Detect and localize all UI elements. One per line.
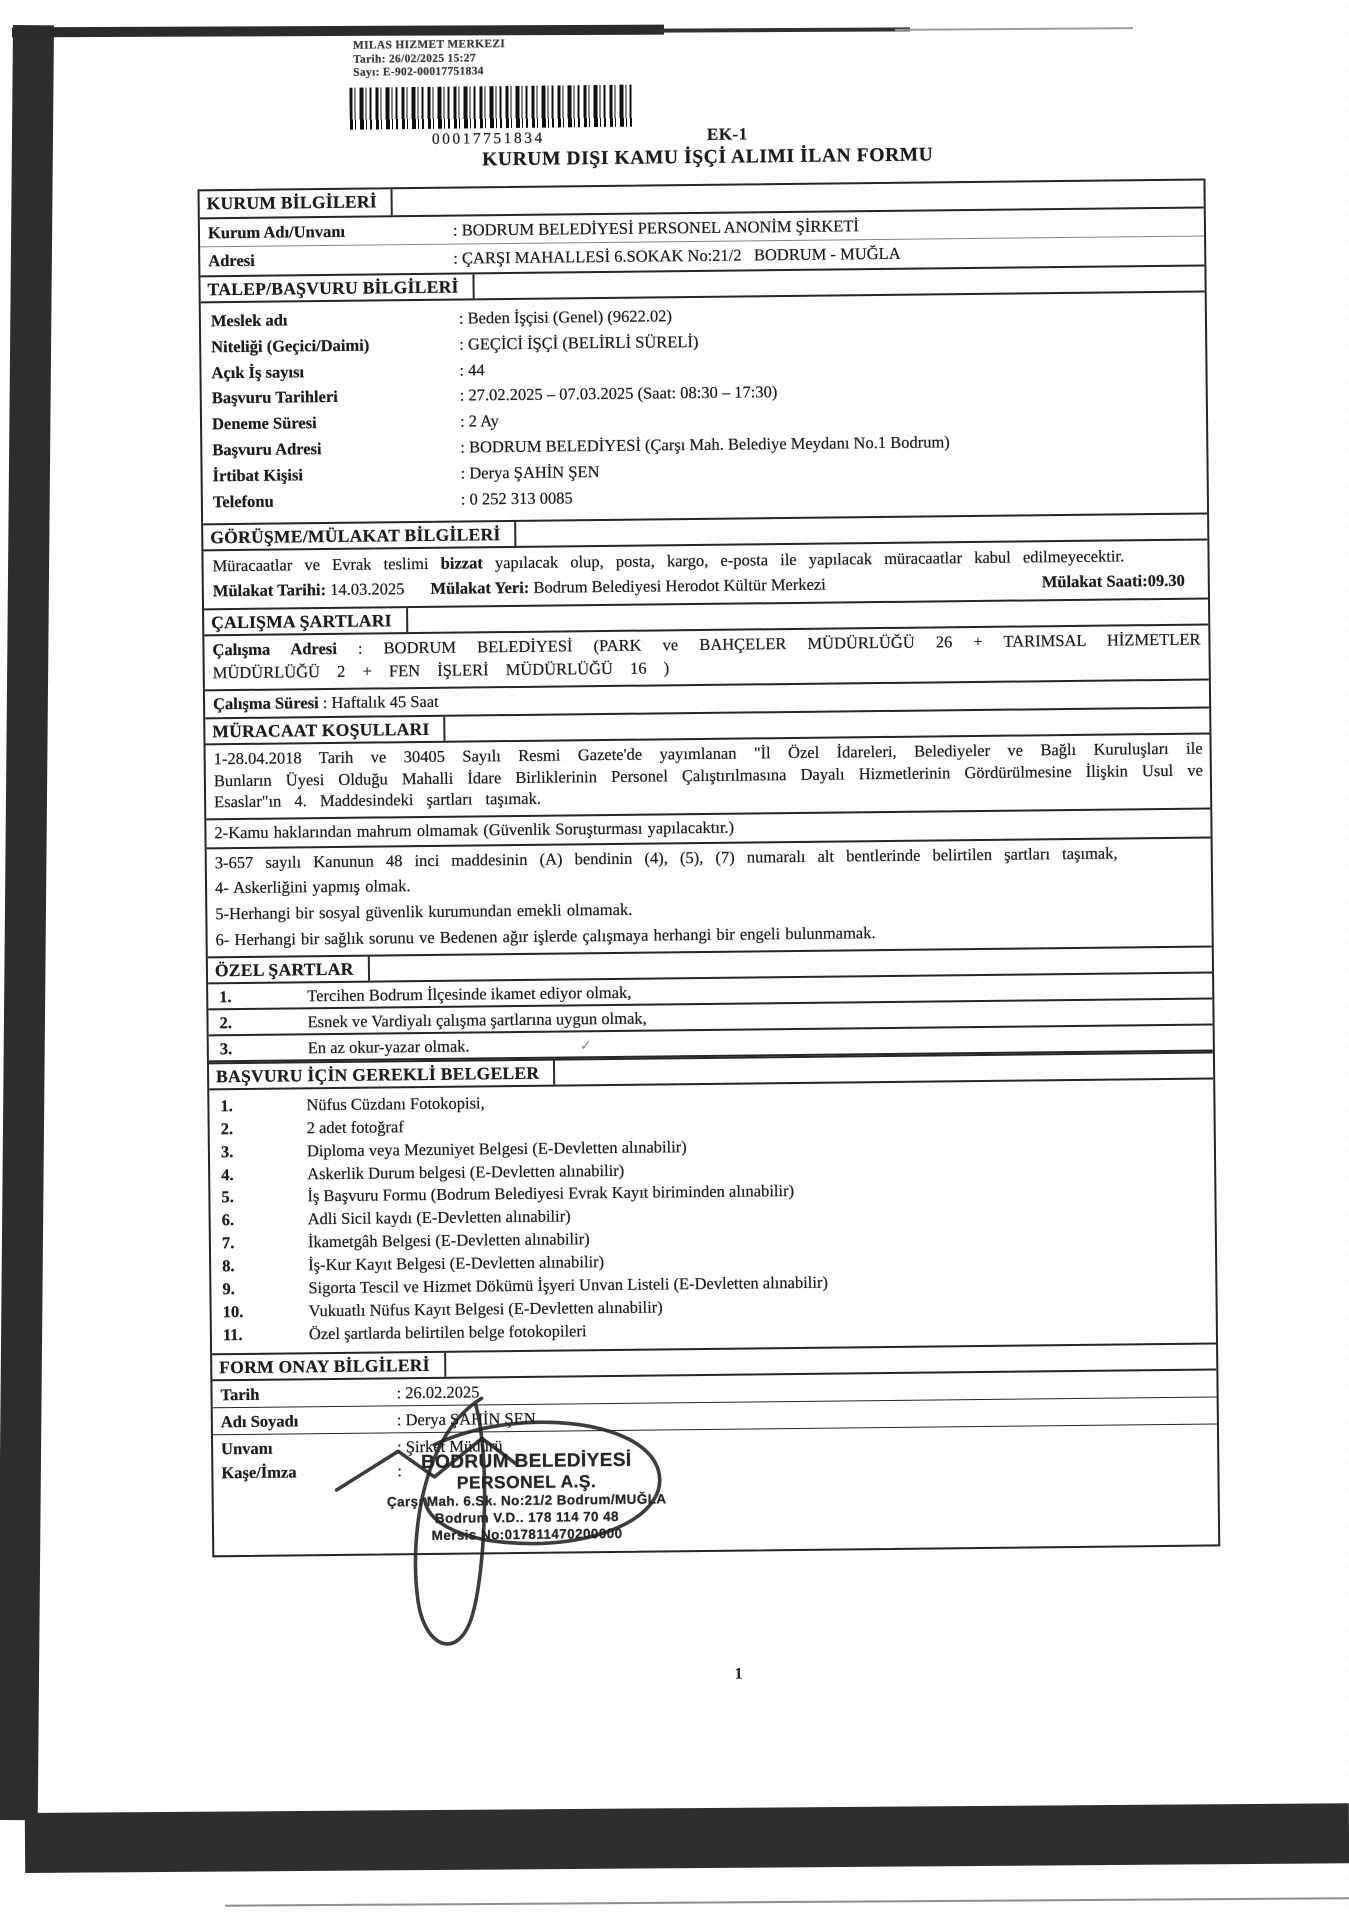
item-text: Adli Sicil kaydı (E-Devletten alınabilir… (308, 1207, 571, 1229)
field-value: : BODRUM BELEDİYESİ (PARK ve BAHÇELER MÜ… (213, 630, 1218, 682)
interview-label: Mülakat Saati: (1042, 572, 1148, 592)
work-address: Çalışma Adresi : BODRUM BELEDİYESİ (PARK… (204, 626, 1209, 690)
field-label: Açık İş sayısı (211, 357, 459, 385)
item-text: İş Başvuru Formu (Bodrum Belediyesi Evra… (307, 1181, 794, 1205)
field-value: : GEÇİCİ İŞÇİ (BELİRLİ SÜRELİ) (459, 332, 698, 354)
section-title: FORM ONAY BİLGİLERİ (219, 1352, 446, 1378)
form-title: KURUM DIŞI KAMU İŞÇİ ALIMI İLAN FORMU (482, 144, 933, 171)
interview-label: Mülakat Tarihi: (213, 580, 326, 600)
condition-item: 1-28.04.2018 Tarih ve 30405 Sayılı Resmi… (206, 735, 1211, 818)
letterhead-office: MILAS HIZMET MERKEZI (353, 38, 505, 53)
scanned-page: MILAS HIZMET MERKEZI Tarih: 26/02/2025 1… (0, 0, 1349, 1920)
document: MILAS HIZMET MERKEZI Tarih: 26/02/2025 1… (0, 0, 1349, 1920)
interview-field: Mülakat Tarihi: 14.03.2025 (213, 577, 405, 604)
signature-scribble (305, 1378, 728, 1683)
item-text: Özel şartlarda belirtilen belge fotokopi… (309, 1321, 587, 1343)
field-value: : Beden İşçisi (Genel) (9622.02) (459, 306, 672, 327)
item-number: 4. (221, 1163, 307, 1187)
interview-label: Mülakat Yeri: (430, 578, 529, 598)
field-label: Kurum Adı/Unvanı (208, 217, 453, 248)
item-number: 11. (223, 1323, 309, 1347)
required-documents: 1.Nüfus Cüzdanı Fotokopisi,2.2 adet foto… (209, 1079, 1216, 1353)
field-value: : 2 Ay (460, 411, 499, 430)
item-text: İkametgâh Belgesi (E-Devletten alınabili… (308, 1229, 590, 1251)
field-label: Çalışma Adresi (212, 639, 358, 660)
field-value: : 0 252 313 0085 (461, 488, 573, 508)
item-number: 3. (220, 1035, 308, 1061)
form-table: KURUM BİLGİLERİ Kurum Adı/Unvanı: BODRUM… (197, 178, 1220, 1557)
letterhead-number: Sayı: E-902-00017751834 (353, 65, 505, 80)
section-title: ÇALIŞMA ŞARTLARI (211, 609, 408, 635)
item-text: Esnek ve Vardiyalı çalışma şartlarına uy… (307, 1008, 646, 1031)
barcode-number: 00017751834 (432, 130, 545, 149)
item-number: 2. (221, 1117, 307, 1141)
annex-label: EK-1 (707, 124, 748, 144)
field-label: İrtibat Kişisi (212, 460, 460, 488)
item-text: İş-Kur Kayıt Belgesi (E-Devletten alınab… (308, 1252, 604, 1274)
field-value: : Haftalık 45 Saat (323, 692, 439, 712)
letterhead: MILAS HIZMET MERKEZI Tarih: 26/02/2025 1… (353, 38, 506, 80)
note-text: Müracaatlar ve Evrak teslimi (212, 554, 440, 575)
item-number: 5. (221, 1186, 307, 1210)
section-title: KURUM BİLGİLERİ (207, 189, 394, 217)
field-value: : BODRUM BELEDİYESİ PERSONEL ANONİM ŞİRK… (453, 216, 859, 239)
barcode (349, 85, 633, 130)
field-value: : ÇARŞI MAHALLESİ 6.SOKAK No:21/2 BODRUM… (453, 244, 901, 268)
field-label: Deneme Süresi (212, 409, 460, 437)
talep-rows: Meslek adı: Beden İşçisi (Genel) (9622.0… (201, 293, 1207, 524)
item-text: Askerlik Durum belgesi (E-Devletten alın… (307, 1160, 624, 1182)
item-text: 2 adet fotoğraf (307, 1117, 404, 1137)
section-title: BAŞVURU İÇİN GEREKLİ BELGELER (216, 1060, 556, 1088)
special-conditions: 1.Tercihen Bodrum İlçesinde ikamet ediyo… (208, 973, 1213, 1062)
field-label: Adresi (208, 245, 453, 276)
item-number: 10. (223, 1300, 309, 1324)
item-number: 7. (222, 1231, 308, 1255)
page-number: 1 (735, 1666, 743, 1684)
application-condition-group: 1-28.04.2018 Tarih ve 30405 Sayılı Resmi… (206, 735, 1211, 820)
field-label: Telefonu (213, 486, 461, 514)
interview-value: Bodrum Belediyesi Herodot Kültür Merkezi (529, 575, 826, 597)
section-title: MÜRACAAT KOŞULLARI (212, 717, 445, 744)
application-condition-group: 3-657 sayılı Kanunun 48 inci maddesinin … (207, 838, 1212, 956)
item-number: 6. (222, 1209, 308, 1233)
interview-value: 14.03.2025 (326, 580, 405, 600)
item-number: 1. (219, 983, 307, 1009)
field-value: : 44 (459, 360, 484, 379)
item-number: 3. (221, 1140, 307, 1164)
item-text: Tercihen Bodrum İlçesinde ikamet ediyor … (307, 983, 631, 1006)
interview-field: Mülakat Yeri: Bodrum Belediyesi Herodot … (430, 572, 826, 601)
item-number: 2. (219, 1009, 307, 1035)
item-number: 9. (222, 1277, 308, 1301)
interview-value: 09.30 (1148, 571, 1185, 590)
section-title: TALEP/BAŞVURU BİLGİLERİ (207, 274, 474, 301)
field-label: Başvuru Adresi (212, 435, 460, 463)
note-bold: bizzat (441, 554, 483, 573)
field-label: Niteliği (Geçici/Daimi) (211, 331, 459, 359)
item-text: Diploma veya Mezuniyet Belgesi (E-Devlet… (307, 1137, 687, 1160)
field-label: Başvuru Tarihleri (212, 383, 460, 411)
interview-field: Mülakat Saati:09.30 (1042, 568, 1199, 595)
field-value: : Derya ŞAHİN ŞEN (460, 462, 599, 483)
item-text: En az okur-yazar olmak. (308, 1036, 470, 1057)
checkmark-icon: ✓ (580, 1038, 593, 1054)
field-label: Meslek adı (211, 306, 459, 334)
section-title: GÖRÜŞME/MÜLAKAT BİLGİLERİ (210, 522, 517, 549)
field-value: : 27.02.2025 – 07.03.2025 (Saat: 08:30 –… (460, 383, 778, 405)
item-text: Vukuatlı Nüfus Kayıt Belgesi (E-Devlette… (309, 1297, 663, 1320)
field-label: Çalışma Süresi (213, 690, 323, 716)
section-title: ÖZEL ŞARTLAR (215, 956, 370, 982)
item-text: Sigorta Tescil ve Hizmet Dökümü İşyeri U… (308, 1273, 828, 1298)
item-text: Nüfus Cüzdanı Fotokopisi, (306, 1093, 484, 1114)
item-number: 8. (222, 1254, 308, 1278)
field-value: : BODRUM BELEDİYESİ (Çarşı Mah. Belediye… (460, 432, 950, 456)
item-number: 1. (220, 1094, 306, 1118)
